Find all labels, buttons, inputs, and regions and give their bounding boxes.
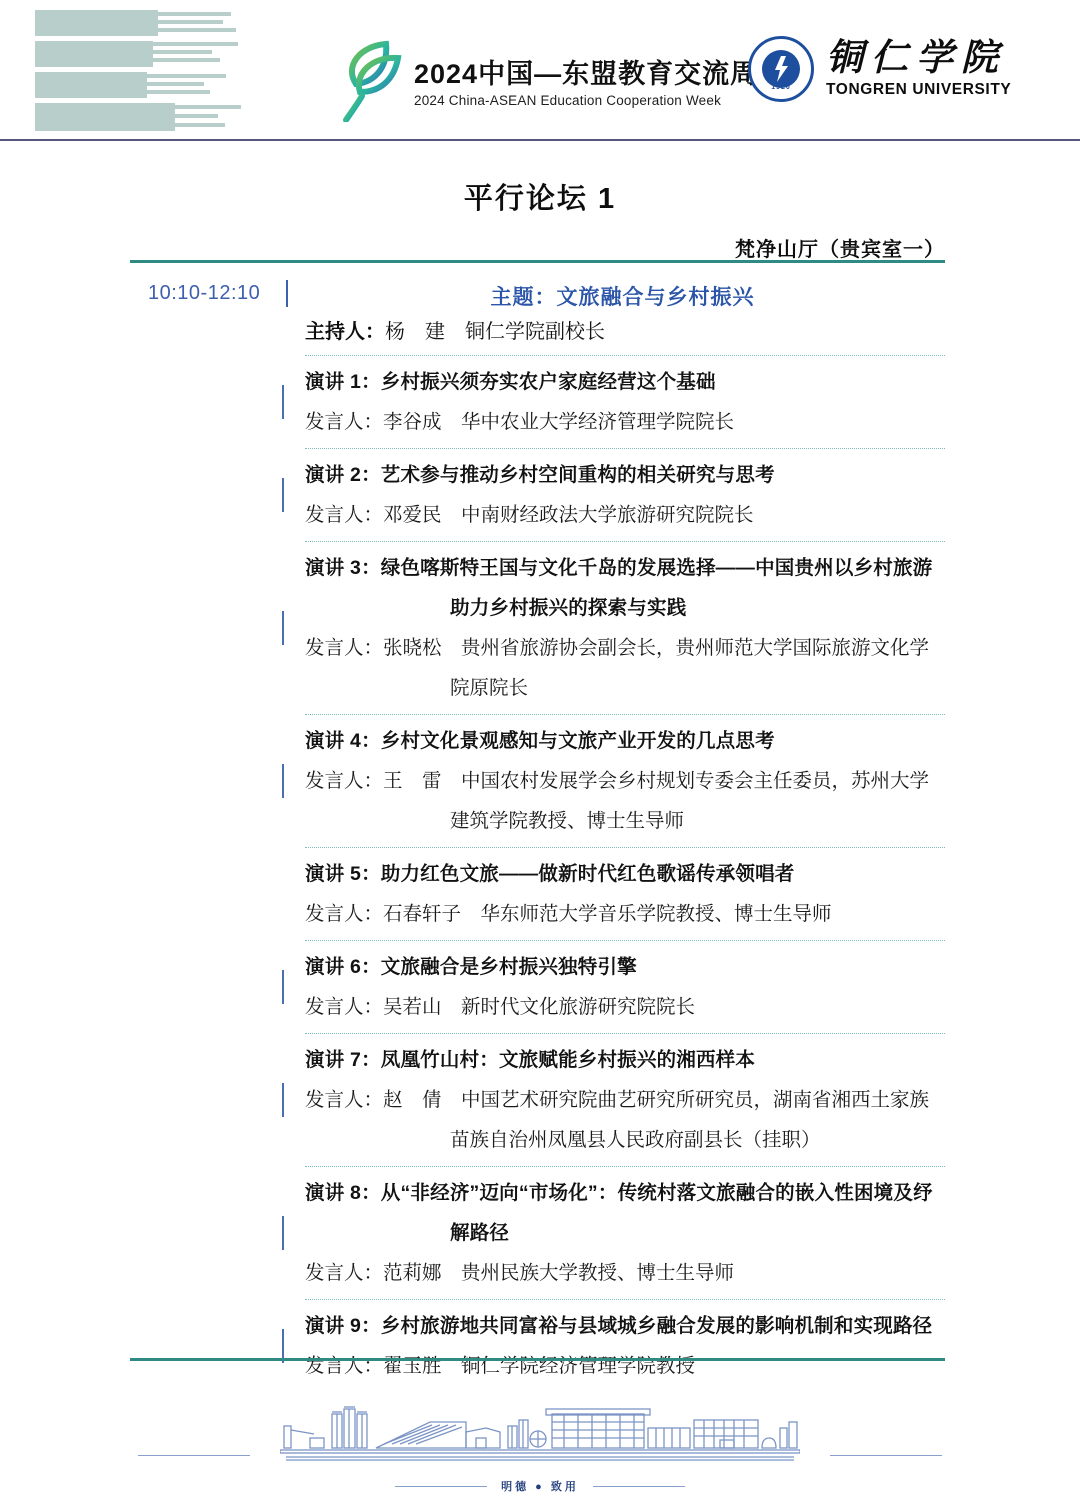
speech-label: 演讲 3： — [305, 557, 381, 579]
speaker-label: 发言人： — [305, 769, 383, 792]
motto-left-dash — [395, 1486, 487, 1487]
speaker-line: 发言人：范莉娜 贵州民族大学教授、博士生导师 — [305, 1253, 945, 1293]
speech-item: 演讲 8：从“非经济”迈向“市场化”：传统村落文旅融合的嵌入性困境及纾解路径 发… — [305, 1167, 945, 1300]
speaker-label: 发言人： — [305, 636, 383, 659]
speaker-label: 发言人： — [305, 995, 383, 1018]
campus-skyline-illustration — [280, 1392, 800, 1470]
speech-item: 演讲 2：艺术参与推动乡村空间重构的相关研究与思考 发言人：邓爱民 中南财经政法… — [305, 449, 945, 542]
margin-tick-mark — [282, 1083, 284, 1117]
event-title-en: 2024 China-ASEAN Education Cooperation W… — [414, 93, 758, 108]
host-name: 杨 建 铜仁学院副校长 — [385, 321, 605, 343]
speaker-name: 张晓松 贵州省旅游协会副会长，贵州师范大学国际旅游文化学院原院长 — [383, 636, 929, 699]
speaker-name: 石春轩子 华东师范大学音乐学院教授、博士生导师 — [383, 902, 832, 925]
session-theme: 主题：文旅融合与乡村振兴 — [310, 281, 935, 311]
speaker-line: 发言人：翟玉胜 铜仁学院经济管理学院教授 — [305, 1346, 945, 1386]
university-name-zh: 铜仁学院 — [826, 39, 1011, 76]
margin-tick-mark — [282, 1216, 284, 1250]
speech-title: 乡村振兴须夯实农户家庭经营这个基础 — [381, 371, 716, 393]
book-stack-decoration — [28, 8, 253, 141]
speech-label: 演讲 8： — [305, 1182, 381, 1204]
speaker-line: 发言人：李谷成 华中农业大学经济管理学院院长 — [305, 402, 945, 442]
speech-title: 乡村旅游地共同富裕与县域城乡融合发展的影响机制和实现路径 — [381, 1315, 933, 1337]
speech-label: 演讲 2： — [305, 464, 381, 486]
speaker-name: 吴若山 新时代文化旅游研究院院长 — [383, 995, 695, 1018]
speech-title-line: 演讲 6：文旅融合是乡村振兴独特引擎 — [305, 947, 945, 987]
speaker-name: 王 雷 中国农村发展学会乡村规划专委会主任委员，苏州大学建筑学院教授、博士生导师 — [383, 769, 929, 832]
speaker-line: 发言人：张晓松 贵州省旅游协会副会长，贵州师范大学国际旅游文化学院原院长 — [305, 628, 945, 708]
speaker-label: 发言人： — [305, 503, 383, 526]
event-logo: 2024中国—东盟教育交流周 2024 China-ASEAN Educatio… — [342, 40, 758, 127]
speech-title-line: 演讲 7：凤凰竹山村：文旅赋能乡村振兴的湘西样本 — [305, 1040, 945, 1080]
speech-label: 演讲 1： — [305, 371, 381, 393]
speech-item: 演讲 5：助力红色文旅——做新时代红色歌谣传承领唱者 发言人：石春轩子 华东师范… — [305, 848, 945, 941]
speech-label: 演讲 4： — [305, 730, 381, 752]
margin-tick-mark — [282, 385, 284, 419]
session-row: 10:10-12:10 主题：文旅融合与乡村振兴 — [130, 280, 945, 314]
session-time: 10:10-12:10 — [148, 282, 260, 305]
university-motto: 明德 ● 致用 — [501, 1478, 579, 1494]
speech-title-line: 演讲 9：乡村旅游地共同富裕与县域城乡融合发展的影响机制和实现路径 — [305, 1306, 945, 1346]
speech-item: 演讲 1：乡村振兴须夯实农户家庭经营这个基础 发言人：李谷成 华中农业大学经济管… — [305, 356, 945, 449]
seal-core — [762, 50, 800, 88]
page-title: 平行论坛 1 — [0, 176, 1080, 217]
speaker-line: 发言人：石春轩子 华东师范大学音乐学院教授、博士生导师 — [305, 894, 945, 934]
speech-title-line: 演讲 4：乡村文化景观感知与文旅产业开发的几点思考 — [305, 721, 945, 761]
program-list: 主持人：杨 建 铜仁学院副校长 演讲 1：乡村振兴须夯实农户家庭经营这个基础 发… — [305, 316, 945, 1392]
margin-tick-mark — [282, 970, 284, 1004]
host-label: 主持人： — [305, 321, 385, 343]
speech-item: 演讲 7：凤凰竹山村：文旅赋能乡村振兴的湘西样本 发言人：赵 倩 中国艺术研究院… — [305, 1034, 945, 1167]
speech-title-line: 演讲 5：助力红色文旅——做新时代红色歌谣传承领唱者 — [305, 854, 945, 894]
seal-year: 1920 — [751, 84, 811, 91]
bottom-rule — [130, 1358, 945, 1361]
motto-row: 明德 ● 致用 — [0, 1478, 1080, 1494]
event-wordmark: 2024中国—东盟教育交流周 2024 China-ASEAN Educatio… — [414, 59, 758, 108]
speaker-label: 发言人： — [305, 1088, 383, 1111]
event-title-zh: 2024中国—东盟教育交流周 — [414, 59, 758, 90]
margin-tick-mark — [282, 764, 284, 798]
speech-title-line: 演讲 2：艺术参与推动乡村空间重构的相关研究与思考 — [305, 455, 945, 495]
speech-title-line: 演讲 1：乡村振兴须夯实农户家庭经营这个基础 — [305, 362, 945, 402]
speaker-line: 发言人：吴若山 新时代文化旅游研究院院长 — [305, 987, 945, 1027]
speech-title: 助力红色文旅——做新时代红色歌谣传承领唱者 — [381, 863, 795, 885]
speech-label: 演讲 6： — [305, 956, 381, 978]
host-row: 主持人：杨 建 铜仁学院副校长 — [305, 316, 945, 356]
speeches-container: 演讲 1：乡村振兴须夯实农户家庭经营这个基础 发言人：李谷成 华中农业大学经济管… — [305, 356, 945, 1392]
margin-tick-mark — [282, 478, 284, 512]
speech-label: 演讲 7： — [305, 1049, 381, 1071]
university-wordmark: 铜仁学院 TONGREN UNIVERSITY — [826, 39, 1011, 99]
speech-item: 演讲 4：乡村文化景观感知与文旅产业开发的几点思考 发言人：王 雷 中国农村发展… — [305, 715, 945, 848]
margin-tick-mark — [282, 611, 284, 645]
university-logo: 1920 铜仁学院 TONGREN UNIVERSITY — [748, 36, 1011, 102]
speech-title: 乡村文化景观感知与文旅产业开发的几点思考 — [381, 730, 775, 752]
speech-title: 凤凰竹山村：文旅赋能乡村振兴的湘西样本 — [381, 1049, 755, 1071]
motto-right-dash — [593, 1486, 685, 1487]
speaker-name: 邓爱民 中南财经政法大学旅游研究院院长 — [383, 503, 754, 526]
speech-title: 从“非经济”迈向“市场化”：传统村落文旅融合的嵌入性困境及纾解路径 — [381, 1182, 933, 1244]
program-page: 2024中国—东盟教育交流周 2024 China-ASEAN Educatio… — [0, 0, 1080, 1501]
university-seal-icon: 1920 — [748, 36, 814, 102]
speech-title: 艺术参与推动乡村空间重构的相关研究与思考 — [381, 464, 775, 486]
leaf-logo-icon — [342, 40, 404, 127]
speech-title: 文旅融合是乡村振兴独特引擎 — [381, 956, 637, 978]
speaker-name: 李谷成 华中农业大学经济管理学院院长 — [383, 410, 734, 433]
speaker-line: 发言人：邓爱民 中南财经政法大学旅游研究院院长 — [305, 495, 945, 535]
speech-item: 演讲 9：乡村旅游地共同富裕与县域城乡融合发展的影响机制和实现路径 发言人：翟玉… — [305, 1300, 945, 1392]
speech-item: 演讲 6：文旅融合是乡村振兴独特引擎 发言人：吴若山 新时代文化旅游研究院院长 — [305, 941, 945, 1034]
university-name-en: TONGREN UNIVERSITY — [826, 81, 1011, 99]
speaker-label: 发言人： — [305, 410, 383, 433]
time-divider-bar — [286, 280, 288, 307]
footer-left-line — [138, 1455, 250, 1456]
speaker-label: 发言人： — [305, 902, 383, 925]
top-rule — [130, 260, 945, 263]
speech-title: 绿色喀斯特王国与文化千岛的发展选择——中国贵州以乡村旅游助力乡村振兴的探索与实践 — [381, 557, 933, 619]
footer: 明德 ● 致用 — [0, 1392, 1080, 1501]
venue-label: 梵净山厅（贵宾室一） — [735, 233, 945, 262]
speaker-name: 范莉娜 贵州民族大学教授、博士生导师 — [383, 1261, 734, 1284]
speech-label: 演讲 5： — [305, 863, 381, 885]
footer-right-line — [830, 1455, 942, 1456]
speaker-line: 发言人：王 雷 中国农村发展学会乡村规划专委会主任委员，苏州大学建筑学院教授、博… — [305, 761, 945, 841]
speech-label: 演讲 9： — [305, 1315, 381, 1337]
header-divider — [0, 139, 1080, 141]
speech-title-line: 演讲 8：从“非经济”迈向“市场化”：传统村落文旅融合的嵌入性困境及纾解路径 — [305, 1173, 945, 1253]
speaker-name: 赵 倩 中国艺术研究院曲艺研究所研究员，湖南省湘西土家族苗族自治州凤凰县人民政府… — [383, 1088, 929, 1151]
speech-item: 演讲 3：绿色喀斯特王国与文化千岛的发展选择——中国贵州以乡村旅游助力乡村振兴的… — [305, 542, 945, 715]
speaker-label: 发言人： — [305, 1261, 383, 1284]
speaker-line: 发言人：赵 倩 中国艺术研究院曲艺研究所研究员，湖南省湘西土家族苗族自治州凤凰县… — [305, 1080, 945, 1160]
speech-title-line: 演讲 3：绿色喀斯特王国与文化千岛的发展选择——中国贵州以乡村旅游助力乡村振兴的… — [305, 548, 945, 628]
